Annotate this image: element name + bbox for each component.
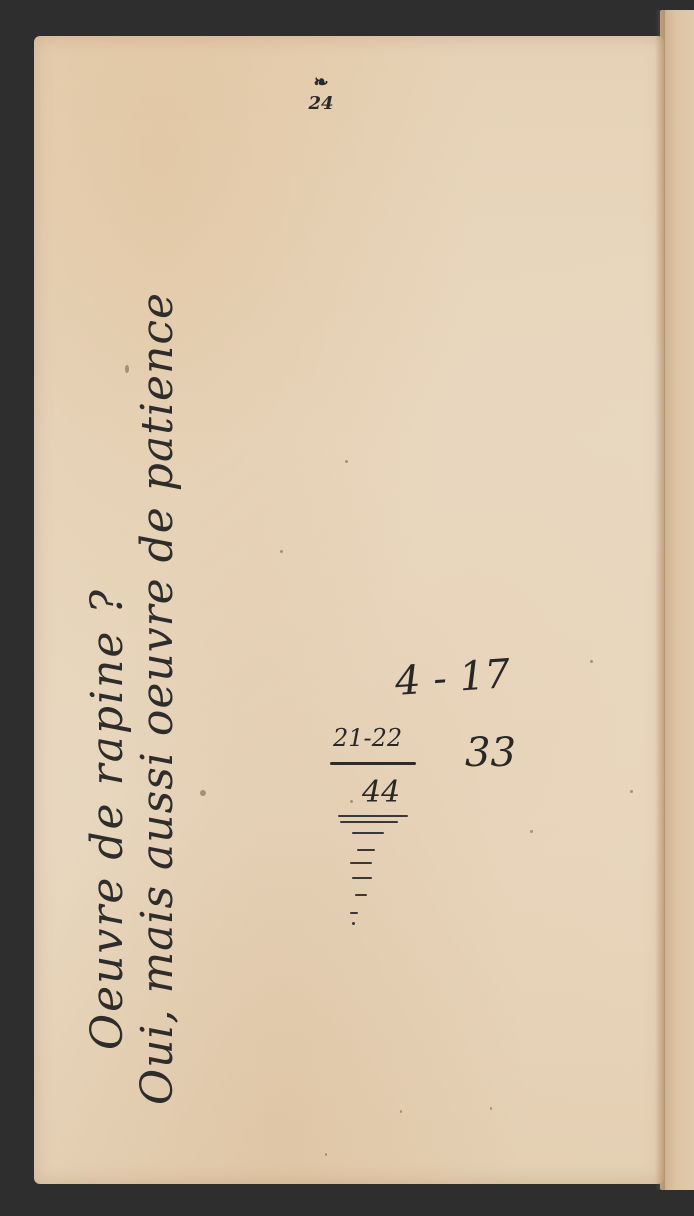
- handwritten-line-2: Oui, mais aussi oeuvre de patience: [132, 292, 183, 1105]
- page-number: 24: [296, 92, 346, 116]
- calculation-left: 21-22: [333, 724, 402, 752]
- calculation-top: 4 - 17: [394, 651, 512, 705]
- page-mark-icon: ❧: [296, 74, 346, 92]
- calculation-underline: [330, 762, 416, 765]
- calculation-sum: 44: [362, 775, 400, 810]
- adjacent-page-edge: [660, 10, 694, 1190]
- calculation-right: 33: [465, 730, 516, 776]
- page-number-block: ❧ 24: [296, 74, 346, 116]
- handwritten-line-1: Oeuvre de rapine ?: [82, 588, 133, 1050]
- spine-shadow: [655, 10, 665, 1190]
